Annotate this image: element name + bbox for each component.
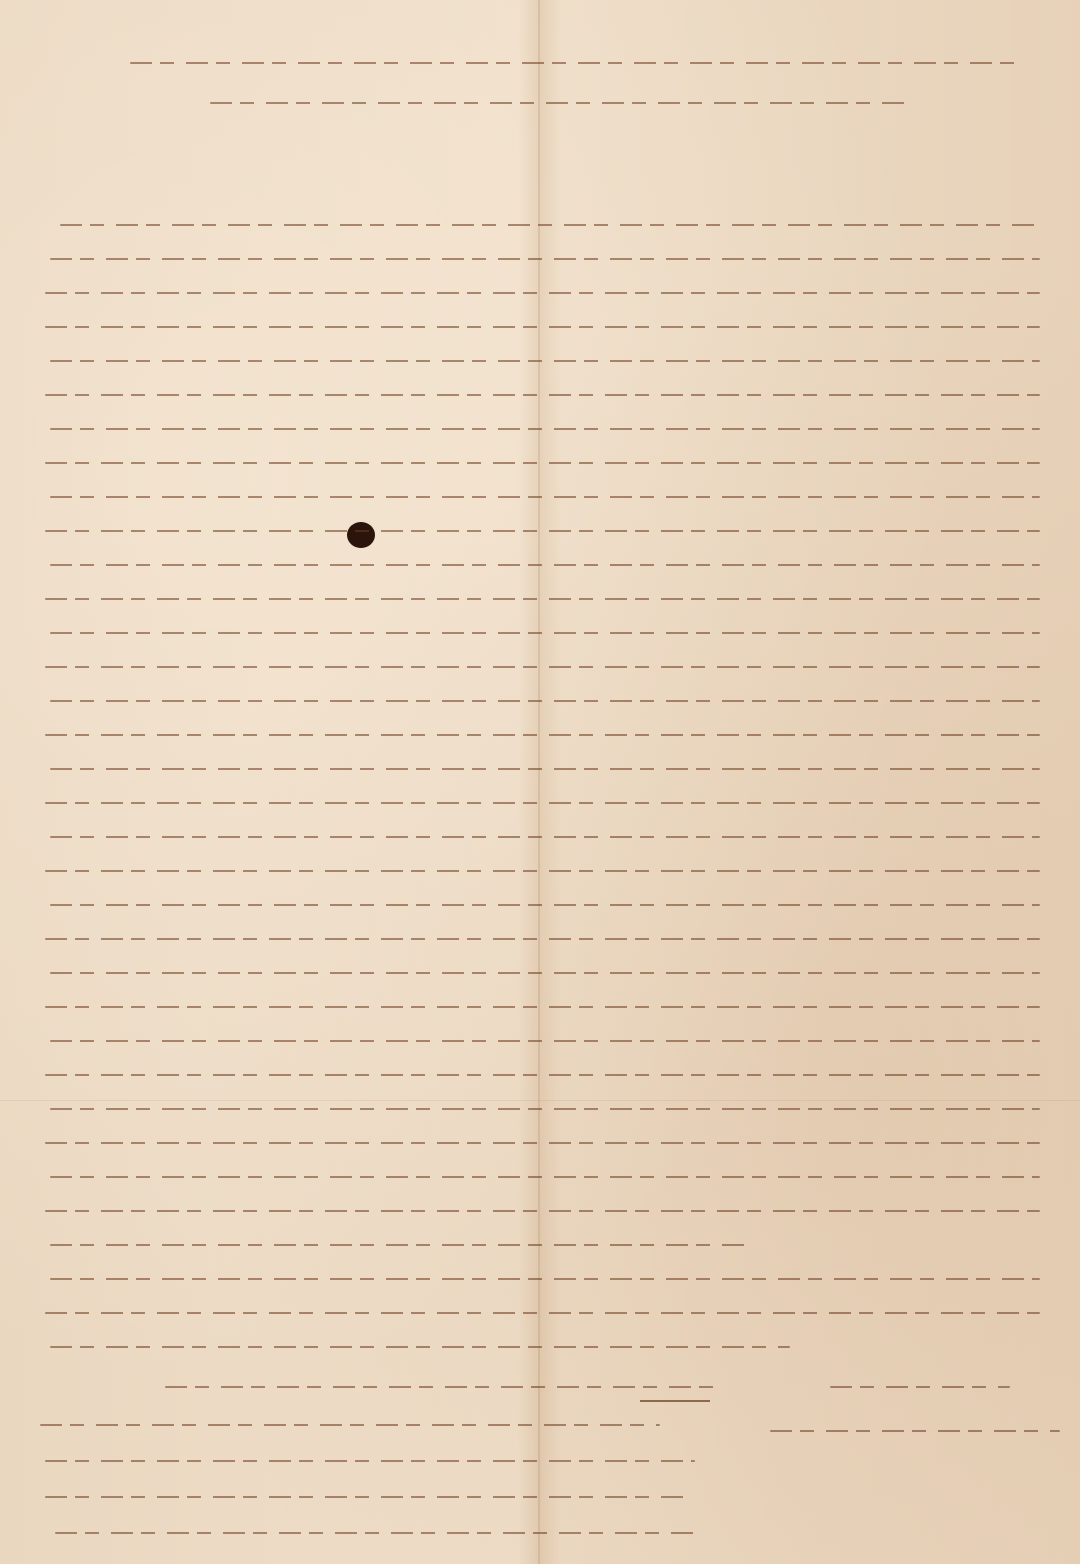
letter-page: illegible at available resolution — not … [0, 0, 1080, 1564]
body-line [50, 1026, 1040, 1056]
postscript-line [55, 1518, 695, 1548]
body-line [50, 482, 1040, 512]
body-line [45, 1060, 1040, 1090]
body-line [50, 550, 1040, 580]
body-line [50, 618, 1040, 648]
body-line [45, 448, 1040, 478]
body-line [50, 1264, 1040, 1294]
body-line [50, 822, 1040, 852]
body-line [50, 754, 1040, 784]
date-line [165, 1372, 725, 1402]
body-line [45, 720, 1040, 750]
body-line [50, 958, 1040, 988]
body-line [50, 414, 1040, 444]
body-line [50, 686, 1040, 716]
body-line [45, 1128, 1040, 1158]
body-line [45, 380, 1040, 410]
body-line [45, 1298, 1040, 1328]
body-line [50, 346, 1040, 376]
year-underline [640, 1400, 710, 1402]
body-line [45, 1196, 1040, 1226]
body-line [50, 1230, 750, 1260]
body-line [50, 1094, 1040, 1124]
closing [830, 1372, 1010, 1402]
signature [770, 1416, 1060, 1446]
body-line [50, 1162, 1040, 1192]
body-line [45, 924, 1040, 954]
body-line [45, 312, 1040, 342]
body-line [45, 992, 1040, 1022]
body-line [45, 788, 1040, 818]
body-line [50, 244, 1040, 274]
body-line [45, 278, 1040, 308]
body-line [45, 516, 1040, 546]
body-line [50, 1332, 790, 1362]
header-line-2 [210, 88, 910, 118]
body-line [50, 890, 1040, 920]
postscript-line [45, 1482, 685, 1512]
postscript-line [40, 1410, 660, 1440]
body-line [45, 584, 1040, 614]
postscript-line [45, 1446, 695, 1476]
body-line [45, 652, 1040, 682]
body-line [45, 856, 1040, 886]
body-line [60, 210, 1040, 240]
header-line-1 [130, 48, 1020, 78]
